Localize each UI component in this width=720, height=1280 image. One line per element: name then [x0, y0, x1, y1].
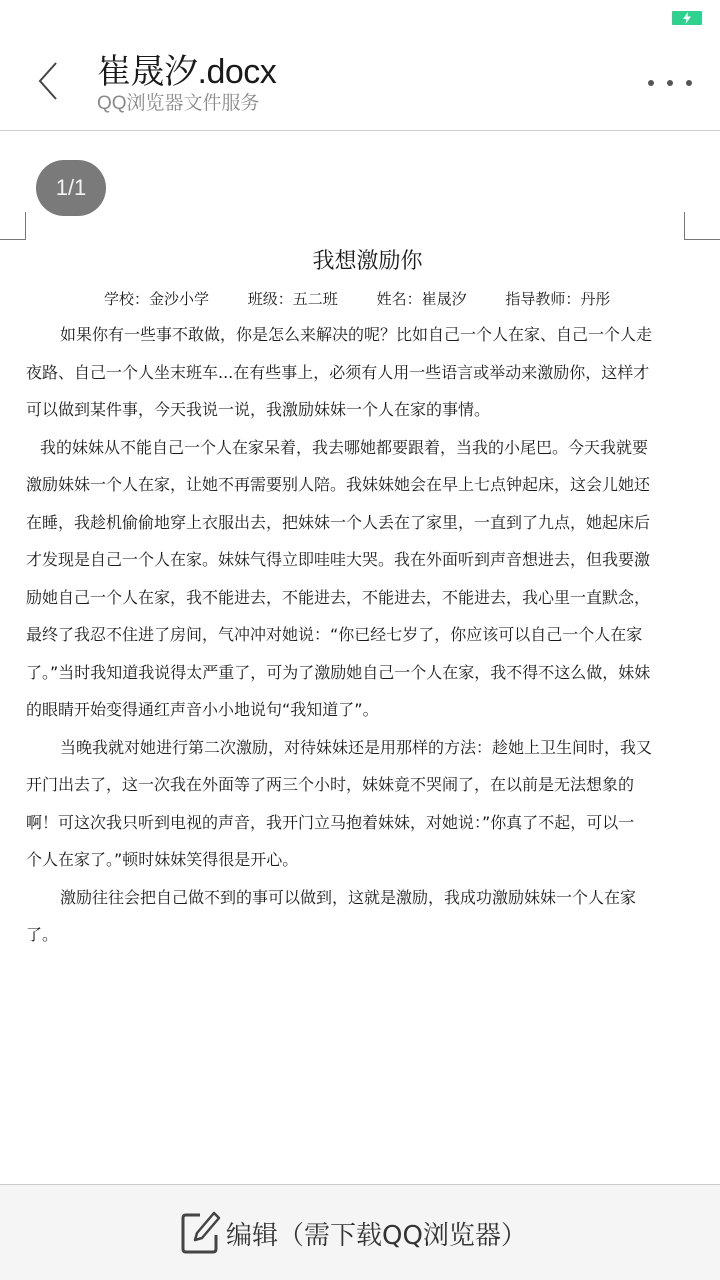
text-line: 可以做到某件事，今天我说一说，我激励妹妹一个人在家的事情。: [26, 391, 686, 429]
document-body: 如果你有一些事不敢做，你是怎么来解决的呢？比如自己一个人在家、自己一个人走 夜路…: [26, 316, 686, 954]
meta-school: 学校：金沙小学: [104, 290, 209, 308]
charging-battery-icon: [672, 11, 702, 25]
file-title: 崔晟汐.docx: [97, 44, 276, 93]
chevron-left-icon: [36, 61, 60, 101]
back-button[interactable]: [30, 60, 66, 102]
app-header: 崔晟汐.docx QQ浏览器文件服务: [0, 30, 720, 131]
text-line: 我的妹妹从不能自己一个人在家呆着，我去哪她都要跟着，当我的小尾巴。今天我就要: [26, 429, 686, 467]
edit-button-label: 编辑（需下载QQ浏览器）: [226, 1215, 527, 1252]
more-dots-icon: [686, 80, 692, 86]
text-line: 啊！可这次我只听到电视的声音，我开门立马抱着妹妹，对她说：”你真了不起，可以一: [26, 804, 686, 842]
text-line: 最终了我忍不住进了房间，气冲冲对她说：“你已经七岁了，你应该可以自己一个人在家: [26, 616, 686, 654]
text-line: 激励妹妹一个人在家，让她不再需要别人陪。我妹妹她会在早上七点钟起床，这会儿她还: [26, 466, 686, 504]
text-line: 激励往往会把自己做不到的事可以做到，这就是激励，我成功激励妹妹一个人在家: [26, 879, 686, 917]
status-bar: [0, 0, 720, 30]
meta-class: 班级：五二班: [248, 290, 338, 308]
text-line: 在睡，我趁机偷偷地穿上衣服出去，把妹妹一个人丢在了家里，一直到了九点，她起床后: [26, 504, 686, 542]
text-line: 如果你有一些事不敢做，你是怎么来解决的呢？比如自己一个人在家、自己一个人走: [26, 316, 686, 354]
more-options-button[interactable]: [648, 70, 692, 96]
text-line: 了。: [26, 916, 686, 954]
bottom-toolbar: 编辑（需下载QQ浏览器）: [0, 1184, 720, 1280]
document-title: 我想激励你: [0, 244, 720, 275]
text-line: 当晚我就对她进行第二次激励，对待妹妹还是用那样的方法：趁她上卫生间时，我又: [26, 729, 686, 767]
text-line: 才发现是自己一个人在家。妹妹气得立即哇哇大哭。我在外面听到声音想进去，但我要激: [26, 541, 686, 579]
text-line: 开门出去了，这一次我在外面等了两三个小时，妹妹竟不哭闹了，在以前是无法想象的: [26, 766, 686, 804]
page-indicator: 1/1: [36, 160, 106, 216]
more-dots-icon: [648, 80, 654, 86]
text-line: 夜路、自己一个人坐末班车...在有些事上，必须有人用一些语言或举动来激励你，这样…: [26, 354, 686, 392]
meta-name: 姓名：崔晟汐: [377, 290, 467, 308]
file-subtitle: QQ浏览器文件服务: [97, 88, 260, 115]
document-meta: 学校：金沙小学 班级：五二班 姓名：崔晟汐 指导教师：丹彤: [104, 288, 610, 309]
text-line: 励她自己一个人在家，我不能进去，不能进去，不能进去，不能进去，我心里一直默念，: [26, 579, 686, 617]
text-line: 的眼睛开始变得通红声音小小地说句“我知道了”。: [26, 691, 686, 729]
edit-button[interactable]: 编辑（需下载QQ浏览器）: [180, 1211, 527, 1255]
edit-pencil-icon: [180, 1211, 222, 1255]
more-dots-icon: [667, 80, 673, 86]
meta-teacher: 指导教师：丹彤: [505, 290, 610, 308]
text-line: 个人在家了。”顿时妹妹笑得很是开心。: [26, 841, 686, 879]
page-margin-mark-left: [0, 212, 26, 240]
page-margin-mark-right: [684, 212, 720, 240]
text-line: 了。”当时我知道我说得太严重了，可为了激励她自己一个人在家，我不得不这么做，妹妹: [26, 654, 686, 692]
